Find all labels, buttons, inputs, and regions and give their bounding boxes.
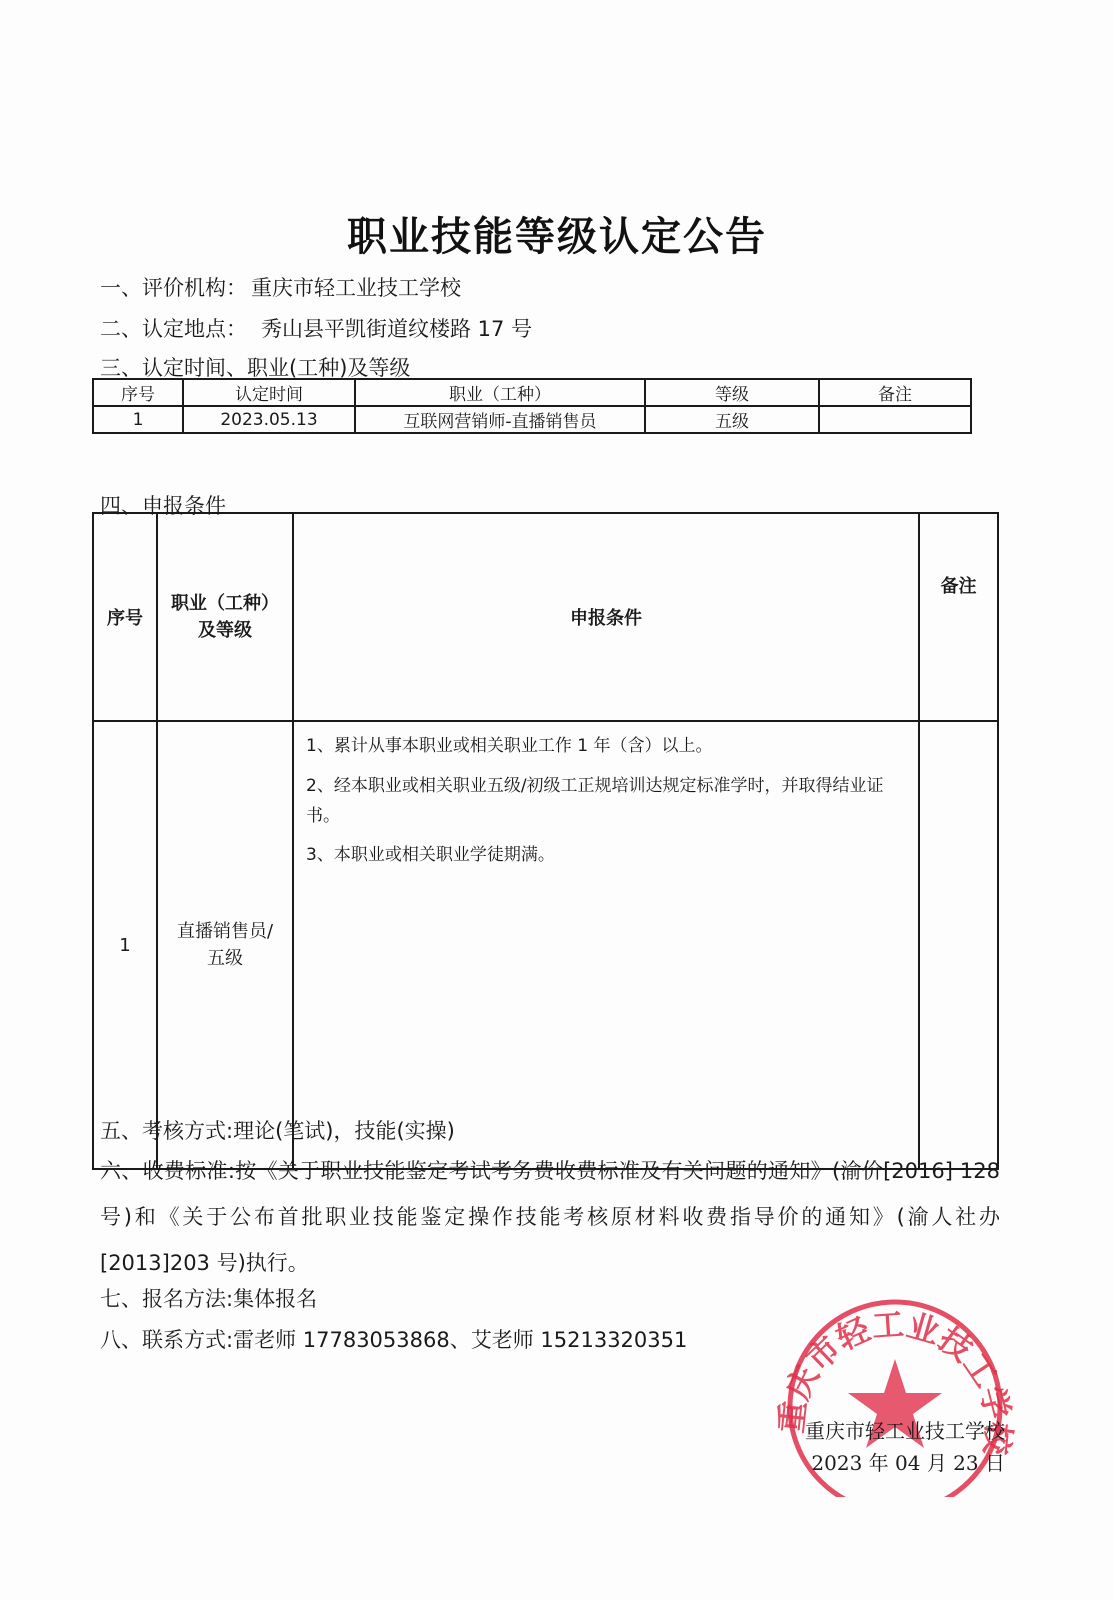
- header-remark: 备注: [919, 513, 998, 721]
- header-date: 认定时间: [183, 379, 355, 406]
- table-row: 1 2023.05.13 互联网营销师-直播销售员 五级: [93, 406, 971, 433]
- header-index: 序号: [93, 513, 157, 721]
- header-conditions: 申报条件: [293, 513, 919, 721]
- section-label: 八、联系方式:: [100, 1328, 233, 1352]
- schedule-table: 序号 认定时间 职业（工种） 等级 备注 1 2023.05.13 互联网营销师…: [92, 378, 972, 434]
- cell-level: 五级: [645, 406, 819, 433]
- header-occupation-level: 职业（工种） 及等级: [157, 513, 293, 721]
- section-label: 五、考核方式:: [100, 1119, 233, 1143]
- section-evaluation-org: 一、评价机构：重庆市轻工业技工学校: [100, 272, 461, 302]
- requirements-table: 序号 职业（工种） 及等级 申报条件 备注 1 直播销售员/ 五级 1、累计从事…: [92, 512, 999, 1170]
- section-label: 七、报名方法:: [100, 1287, 233, 1311]
- section-label: 一、评价机构：: [100, 276, 247, 300]
- cell-conditions: 1、累计从事本职业或相关职业工作 1 年（含）以上。 2、经本职业或相关职业五级…: [293, 721, 919, 1169]
- signature-date: 2023 年 04 月 23 日: [780, 1447, 1005, 1479]
- cell-index: 1: [93, 406, 183, 433]
- section-value: 雷老师 17783053868、艾老师 15213320351: [233, 1328, 687, 1352]
- cell-occupation: 互联网营销师-直播销售员: [355, 406, 645, 433]
- cell-remark: [819, 406, 971, 433]
- header-level: 等级: [645, 379, 819, 406]
- document-title: 职业技能等级认定公告: [0, 205, 1114, 262]
- section-fee-standard: 六、收费标准:按《关于职业技能鉴定考试考务费收费标准及有关问题的通知》(渝价[2…: [100, 1148, 1000, 1286]
- table-row: 1 直播销售员/ 五级 1、累计从事本职业或相关职业工作 1 年（含）以上。 2…: [93, 721, 998, 1169]
- cell-occupation-level: 直播销售员/ 五级: [157, 721, 293, 1169]
- cell-remark: [919, 721, 998, 1169]
- table-header-row: 序号 认定时间 职业（工种） 等级 备注: [93, 379, 971, 406]
- header-occupation: 职业（工种）: [355, 379, 645, 406]
- condition-item: 1、累计从事本职业或相关职业工作 1 年（含）以上。: [306, 732, 908, 762]
- header-occupation-line1: 职业（工种）: [158, 590, 292, 617]
- section-value: 理论(笔试)，技能(实操): [233, 1119, 455, 1143]
- section-registration-method: 七、报名方法:集体报名: [100, 1283, 317, 1313]
- occupation-line1: 直播销售员/: [158, 918, 292, 945]
- announcement-page: 职业技能等级认定公告 一、评价机构：重庆市轻工业技工学校 二、认定地点：秀山县平…: [0, 0, 1114, 1600]
- section-location: 二、认定地点：秀山县平凯街道纹楼路 17 号: [100, 313, 532, 343]
- header-remark: 备注: [819, 379, 971, 406]
- occupation-line2: 五级: [158, 945, 292, 972]
- condition-item: 2、经本职业或相关职业五级/初级工正规培训达规定标准学时，并取得结业证书。: [306, 772, 908, 832]
- header-index: 序号: [93, 379, 183, 406]
- table-header-row: 序号 职业（工种） 及等级 申报条件 备注: [93, 513, 998, 721]
- cell-date: 2023.05.13: [183, 406, 355, 433]
- section-label: 二、认定地点：: [100, 317, 247, 341]
- header-occupation-line2: 及等级: [158, 617, 292, 644]
- section-label: 六、收费标准:: [100, 1159, 235, 1183]
- cell-index: 1: [93, 721, 157, 1169]
- signature-block: 重庆市轻工业技工学校 2023 年 04 月 23 日: [780, 1415, 1005, 1479]
- section-assessment-method: 五、考核方式:理论(笔试)，技能(实操): [100, 1115, 455, 1145]
- section-value: 集体报名: [233, 1287, 317, 1311]
- condition-item: 3、本职业或相关职业学徒期满。: [306, 841, 908, 871]
- section-value: 重庆市轻工业技工学校: [251, 276, 461, 300]
- signature-organization: 重庆市轻工业技工学校: [780, 1415, 1005, 1447]
- section-value: 秀山县平凯街道纹楼路 17 号: [261, 317, 532, 341]
- section-contact: 八、联系方式:雷老师 17783053868、艾老师 15213320351: [100, 1324, 687, 1354]
- section-value: 按《关于职业技能鉴定考试考务费收费标准及有关问题的通知》(渝价[2016] 12…: [100, 1159, 1000, 1275]
